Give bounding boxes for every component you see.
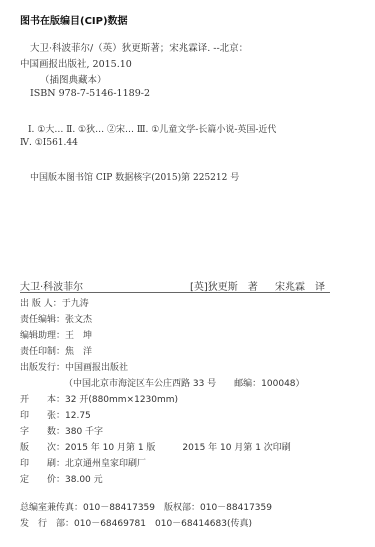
spec-label: 定 价： bbox=[20, 475, 65, 485]
spec-wordcount: 字 数：380 千字 bbox=[20, 424, 103, 437]
contact-label: 发 行 部： bbox=[20, 519, 74, 529]
credit-value: 王 坤 bbox=[65, 331, 92, 341]
spec-value: 北京通州皇家印刷厂 bbox=[65, 459, 146, 469]
spec-value: 38.00 元 bbox=[65, 475, 103, 485]
spec-edition: 版 次：2015 年 10 月第 1 版 2015 年 10 月第 1 次印刷 bbox=[20, 440, 291, 453]
spec-label: 开 本： bbox=[20, 395, 65, 405]
book-author: [英]狄更斯 著 bbox=[190, 278, 258, 293]
spec-format: 开 本：32 开(880mm×1230mm) bbox=[20, 392, 178, 405]
spec-value: 32 开(880mm×1230mm) bbox=[65, 395, 178, 405]
publisher-address: （中国北京市海淀区车公庄西路 33 号 邮编：100048） bbox=[64, 376, 305, 389]
spec-price: 定 价：38.00 元 bbox=[20, 472, 103, 485]
contact-label: 总编室兼传真： bbox=[20, 503, 83, 513]
credit-value: 于九涛 bbox=[62, 299, 89, 309]
cip-classification-2: Ⅳ. ①I561.44 bbox=[20, 138, 78, 148]
cip-classification-1: Ⅰ. ①大… Ⅱ. ①狄… ②宋… Ⅲ. ①儿童文学-长篇小说-英国-近代 bbox=[28, 122, 276, 135]
spec-sheets: 印 张：12.75 bbox=[20, 408, 91, 421]
spec-label: 版 次： bbox=[20, 443, 65, 453]
cip-line-1: 大卫·科波菲尔/（英）狄更斯著；宋兆霖译. --北京： bbox=[30, 40, 248, 54]
title-rule bbox=[20, 292, 330, 293]
spec-value: 380 千字 bbox=[65, 427, 103, 437]
contact-value: 010－68469781 010－68414683(传真) bbox=[74, 519, 252, 529]
cip-line-2: 中国画报出版社, 2015.10 bbox=[20, 56, 132, 70]
book-translator: 宋兆霖 译 bbox=[275, 278, 325, 293]
credit-value: 中国画报出版社 bbox=[65, 363, 128, 373]
cip-isbn: ISBN 978-7-5146-1189-2 bbox=[30, 88, 150, 99]
spec-label: 印 刷： bbox=[20, 459, 65, 469]
credit-distribution: 出版发行：中国画报出版社 bbox=[20, 360, 128, 373]
credit-label: 出 版 人： bbox=[20, 299, 62, 309]
credit-editor: 责任编辑：张文杰 bbox=[20, 312, 92, 325]
credit-assistant: 编辑助理：王 坤 bbox=[20, 328, 92, 341]
credit-value: 焦 洋 bbox=[65, 347, 92, 357]
spec-value: 2015 年 10 月第 1 版 2015 年 10 月第 1 次印刷 bbox=[65, 443, 291, 453]
credit-label: 责任印制： bbox=[20, 347, 65, 357]
spec-value: 12.75 bbox=[65, 411, 91, 421]
cip-verification: 中国版本图书馆 CIP 数据核字(2015)第 225212 号 bbox=[30, 170, 239, 183]
contact-editorial: 总编室兼传真：010－88417359 版权部：010－88417359 bbox=[20, 500, 272, 513]
cip-line-3: （插图典藏本） bbox=[40, 72, 107, 86]
book-title: 大卫·科波菲尔 bbox=[20, 278, 83, 293]
credit-printing: 责任印制：焦 洋 bbox=[20, 344, 92, 357]
cip-heading: 图书在版编目(CIP)数据 bbox=[20, 12, 128, 27]
spec-label: 字 数： bbox=[20, 427, 65, 437]
credit-label: 出版发行： bbox=[20, 363, 65, 373]
spec-label: 印 张： bbox=[20, 411, 65, 421]
credit-label: 责任编辑： bbox=[20, 315, 65, 325]
spec-printer: 印 刷：北京通州皇家印刷厂 bbox=[20, 456, 146, 469]
credit-value: 张文杰 bbox=[65, 315, 92, 325]
credit-label: 编辑助理： bbox=[20, 331, 65, 341]
contact-distribution: 发 行 部：010－68469781 010－68414683(传真) bbox=[20, 516, 252, 529]
credit-publisher: 出 版 人：于九涛 bbox=[20, 296, 89, 309]
contact-value: 010－88417359 版权部：010－88417359 bbox=[83, 503, 272, 513]
